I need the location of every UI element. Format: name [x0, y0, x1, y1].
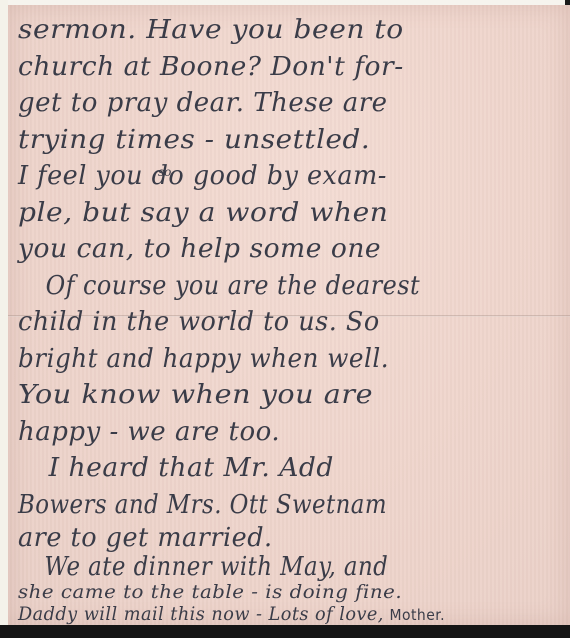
- scan-left-margin: [0, 0, 8, 638]
- letter-line: happy - we are too.: [18, 414, 558, 451]
- letter-line: bright and happy when well.: [18, 341, 531, 378]
- letter-line: sermon. Have you been to: [18, 12, 570, 49]
- letter-line: child in the world to us. So: [18, 304, 547, 341]
- letter-line: We ate dinner with May, and: [18, 553, 493, 581]
- letter-line: You know when you are: [18, 377, 570, 414]
- letter-line: are to get married.: [18, 523, 547, 553]
- letter-line: get to pray dear. These are: [18, 85, 558, 122]
- signature: Mother.: [389, 606, 445, 624]
- letter-line: I heard that Mr. Add: [18, 450, 569, 487]
- scan-bottom-border: [0, 625, 570, 638]
- letter-line: church at Boone? Don't for-: [18, 49, 569, 86]
- handwritten-text: sermon. Have you been to church at Boone…: [18, 12, 558, 625]
- letter-line: she came to the table - is doing fine.: [18, 581, 570, 603]
- letter-line: Bowers and Mrs. Ott Swetnam: [18, 487, 493, 524]
- letter-line: ple, but say a word when: [18, 195, 570, 232]
- letter-line: I feel you do good by exam-: [18, 158, 547, 195]
- letter-line: trying times - unsettled.: [18, 122, 570, 159]
- letter-line: Of course you are the dearest: [18, 268, 515, 305]
- letter-closing-line: Daddy will mail this now - Lots of love,…: [18, 603, 520, 625]
- letter-line: you can, to help some one: [18, 231, 569, 268]
- closing-text: Daddy will mail this now - Lots of love,: [18, 603, 384, 625]
